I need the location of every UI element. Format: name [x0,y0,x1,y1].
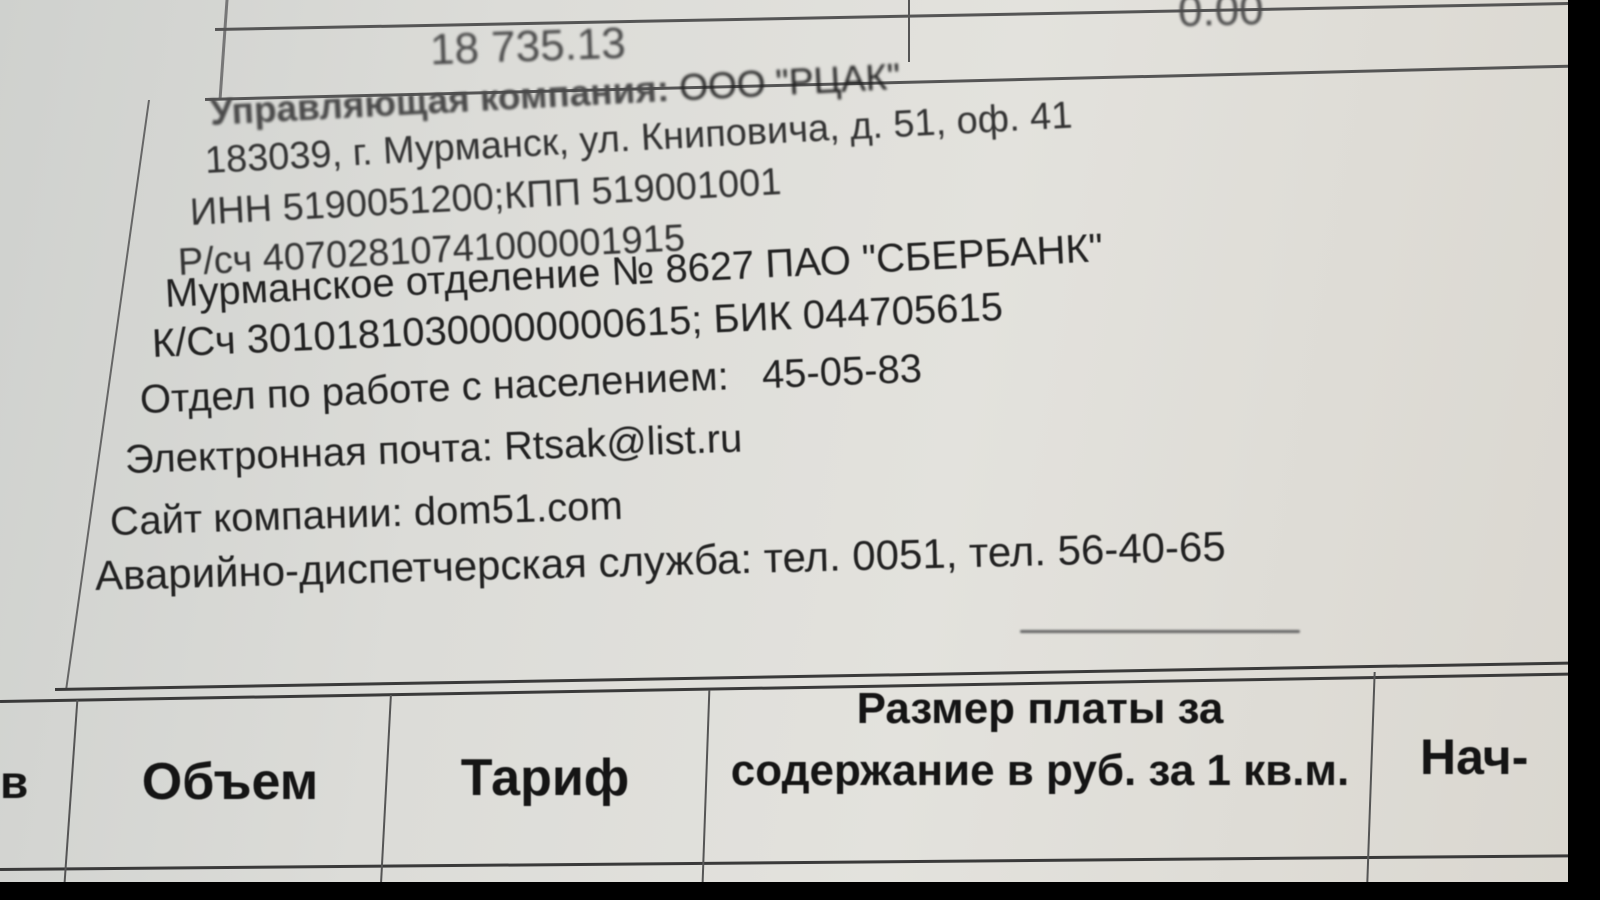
table-border [219,0,229,100]
website-line: Сайт компании: dom51.com [109,484,623,545]
column-divider [1366,672,1375,882]
column-header-partial: в [0,755,28,809]
utility-bill-page: 18 735.13 0.00 Управляющая компания: ООО… [0,0,1568,882]
table-border [908,0,910,62]
table-header-bottom-border [0,854,1568,871]
column-header-tariff: Тариф [430,748,660,808]
column-header-volume: Объем [125,752,335,812]
frame-border [65,100,150,690]
correspondent-account-label: К/Сч [151,318,237,366]
column-divider [380,695,392,882]
website-label: Сайт компании: [109,491,403,544]
email-label: Электронная почта: [124,425,493,482]
email-line: Электронная почта: Rtsak@list.ru [124,416,743,483]
table-border [215,2,1568,31]
top-table-right-value: 0.00 [1177,0,1264,37]
email-value: Rtsak@list.ru [503,416,743,468]
column-header-fee-per-sqm: Размер платы за содержание в руб. за 1 к… [730,678,1350,802]
company-name: ООО "РЦАК" [678,56,901,109]
website-value: dom51.com [413,484,623,535]
emergency-phones: тел. 0051, тел. 56-40-65 [763,522,1226,581]
document-photo: 18 735.13 0.00 Управляющая компания: ООО… [0,0,1568,882]
column-divider [702,690,711,882]
top-table-left-value: 18 735.13 [429,19,626,76]
column-header-accrued-partial: Нач- [1420,728,1528,786]
column-divider [64,700,79,882]
population-dept-label: Отдел по работе с населением: [139,354,729,422]
emergency-label: Аварийно-диспетчерская служба: [94,535,752,599]
pen-mark [1020,630,1300,633]
population-dept-phone: 45-05-83 [761,347,923,397]
